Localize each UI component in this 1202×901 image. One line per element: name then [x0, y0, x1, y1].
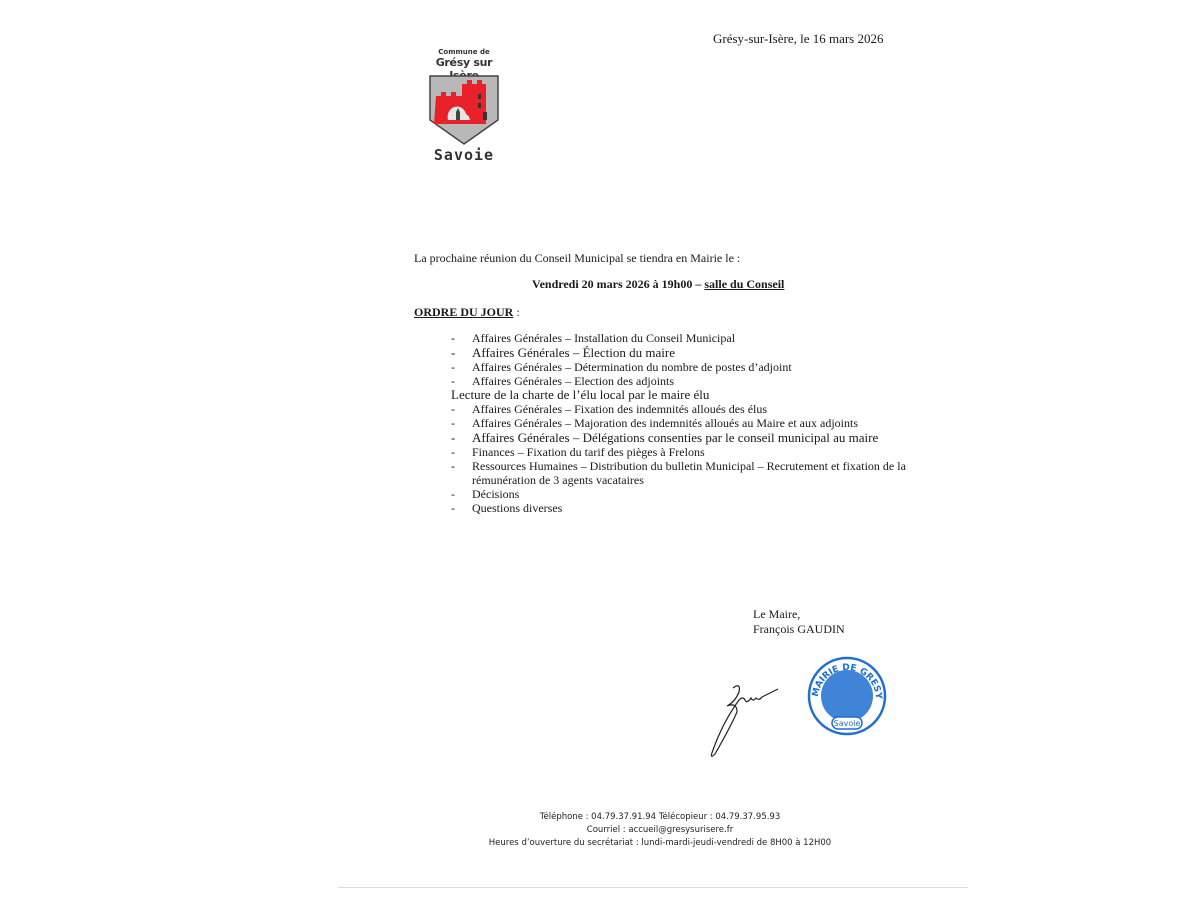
footer-email[interactable]: Courriel : accueil@gresysurisere.fr [440, 824, 880, 837]
meeting-datetime: Vendredi 20 mars 2026 à 19h00 – [532, 277, 704, 291]
agenda-item-text: Questions diverses [472, 501, 562, 515]
agenda-item: -Ressources Humaines – Distribution du b… [451, 459, 911, 487]
coat-of-arms-icon [428, 74, 500, 146]
bullet-dash: - [451, 416, 455, 430]
agenda-item: -Affaires Générales – Délégations consen… [451, 430, 911, 445]
bullet-dash: - [451, 402, 455, 416]
signer-title: Le Maire, [753, 607, 845, 622]
agenda-list: -Affaires Générales – Installation du Co… [451, 331, 911, 515]
agenda-item: -Affaires Générales – Election des adjoi… [451, 374, 911, 388]
bullet-dash: - [451, 430, 455, 445]
bullet-dash: - [451, 501, 455, 515]
logo-commune-label: Commune de [424, 48, 504, 56]
intro-text: La prochaine réunion du Conseil Municipa… [414, 251, 740, 266]
agenda-item-text: Décisions [472, 487, 519, 501]
agenda-item: -Affaires Générales – Détermination du n… [451, 360, 911, 374]
agenda-item-text: Affaires Générales – Détermination du no… [472, 360, 792, 374]
logo-region: Savoie [424, 146, 504, 164]
signer-name: François GAUDIN [753, 622, 845, 637]
meeting-details: Vendredi 20 mars 2026 à 19h00 – salle du… [532, 277, 784, 292]
footer-hours: Heures d’ouverture du secrétariat : lund… [440, 837, 880, 850]
agenda-item: -Questions diverses [451, 501, 911, 515]
signer-block: Le Maire, François GAUDIN [753, 607, 845, 637]
official-stamp: MAIRIE DE GRESY SUR ISERE Savoie [806, 655, 888, 742]
meeting-place: salle du Conseil [704, 277, 784, 291]
agenda-item-text: Affaires Générales – Délégations consent… [472, 430, 878, 445]
agenda-item: -Décisions [451, 487, 911, 501]
agenda-item: -Finances – Fixation du tarif des pièges… [451, 445, 911, 459]
bullet-dash: - [451, 445, 455, 459]
agenda-item: -Affaires Générales – Fixation des indem… [451, 402, 911, 416]
agenda-title: ORDRE DU JOUR [414, 305, 513, 319]
agenda-item-text: Affaires Générales – Election des adjoin… [472, 374, 674, 388]
signature-icon [703, 668, 793, 758]
bullet-dash: - [451, 360, 455, 374]
agenda-item: Lecture de la charte de l’élu local par … [451, 388, 911, 402]
agenda-item-text: Ressources Humaines – Distribution du bu… [472, 459, 906, 487]
handwritten-signature [703, 668, 793, 763]
agenda-item-text: Finances – Fixation du tarif des pièges … [472, 445, 705, 459]
bullet-dash: - [451, 331, 455, 345]
agenda-item-text: Affaires Générales – Élection du maire [472, 345, 675, 360]
bullet-dash: - [451, 487, 455, 501]
agenda-item-text: Affaires Générales – Majoration des inde… [472, 416, 858, 430]
bottom-divider [338, 887, 968, 888]
footer-phone: Téléphone : 04.79.37.91.94 Télécopieur :… [440, 811, 880, 824]
bullet-dash: - [451, 374, 455, 388]
agenda-item: -Affaires Générales – Installation du Co… [451, 331, 911, 345]
footer-contact: Téléphone : 04.79.37.91.94 Télécopieur :… [440, 811, 880, 850]
bullet-dash: - [451, 345, 455, 360]
agenda-item-text: Affaires Générales – Fixation des indemn… [472, 402, 767, 416]
mairie-seal-icon: MAIRIE DE GRESY SUR ISERE Savoie [806, 655, 888, 737]
commune-logo: Commune de Grésy sur Isère Savoie [424, 48, 504, 166]
bullet-dash: - [451, 459, 455, 473]
agenda-item: -Affaires Générales – Élection du maire [451, 345, 911, 360]
agenda-item: -Affaires Générales – Majoration des ind… [451, 416, 911, 430]
place-date: Grésy-sur-Isère, le 16 mars 2026 [713, 31, 884, 47]
agenda-item-text: Affaires Générales – Installation du Con… [472, 331, 735, 345]
svg-text:Savoie: Savoie [834, 719, 861, 728]
agenda-heading: ORDRE DU JOUR : [414, 305, 520, 320]
